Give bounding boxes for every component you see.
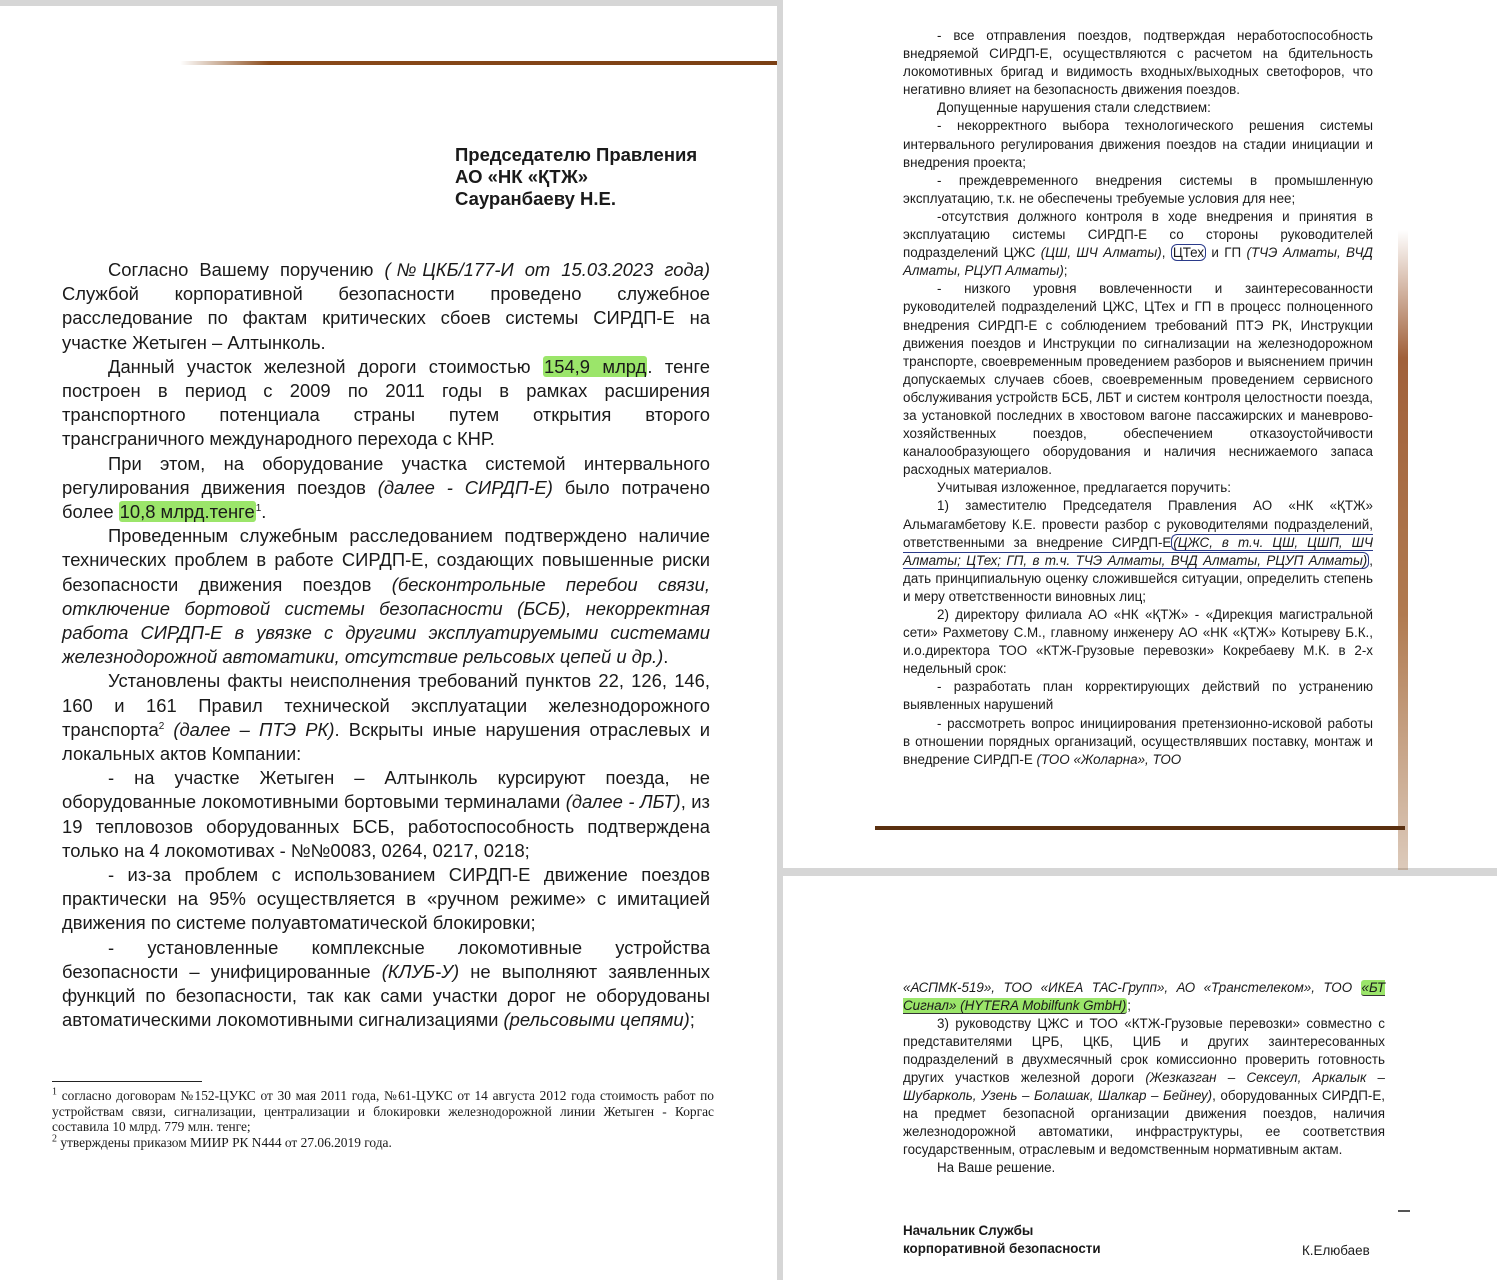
list-item: -отсутствия должного контроля в ходе вне… [903, 208, 1373, 280]
footnote: 1 согласно договорам №152-ЦУКС от 30 мая… [52, 1088, 714, 1135]
scan-edge [1398, 230, 1408, 870]
scan-edge [1398, 1210, 1410, 1212]
addressee-line: АО «НК «ҚТЖ» [455, 166, 755, 188]
paragraph-violations: Установлены факты неисполнения требовани… [62, 669, 710, 766]
paragraph-findings: Проведенным служебным расследованием под… [62, 524, 710, 669]
addressee-line: Председателю Правления [455, 144, 755, 166]
instruction-item: 2) директору филиала АО «НК «ҚТЖ» - «Дир… [903, 606, 1373, 678]
list-item: - рассмотреть вопрос инициирования прете… [903, 715, 1373, 769]
letter-body-final: «АСПМК-519», ТОО «ИКЕА ТАС-Групп», АО «Т… [903, 979, 1385, 1177]
letter-body-continued: - все отправления поездов, подтверждая н… [903, 27, 1373, 769]
highlighted-amount: 10,8 млрд.тенге [119, 501, 256, 522]
list-item-continued: «АСПМК-519», ТОО «ИКЕА ТАС-Групп», АО «Т… [903, 979, 1385, 1015]
instruction-item: 1) заместителю Председателя Правления АО… [903, 497, 1373, 606]
signatory-name: К.Елюбаев [1302, 1243, 1370, 1258]
footnote: 2 утверждены приказом МИИР РК N444 от 27… [52, 1135, 714, 1151]
order-reference: (№ЦКБ/177-И от 15.03.2023 года) [384, 259, 710, 280]
instruction-item: 3) руководству ЦЖС и ТОО «КТЖ-Грузовые п… [903, 1015, 1385, 1159]
addressee-block: Председателю Правления АО «НК «ҚТЖ» Саур… [455, 144, 755, 210]
list-item: - разработать план корректирующих действ… [903, 678, 1373, 714]
scan-edge [180, 61, 777, 65]
list-item: - преждевременного внедрения системы в п… [903, 172, 1373, 208]
addressee-line: Сауранбаеву Н.Е. [455, 188, 755, 210]
signatory-title: Начальник Службы [903, 1222, 1383, 1240]
paragraph-sirdp: При этом, на оборудование участка систем… [62, 452, 710, 525]
list-item: - на участке Жетыген – Алтынколь курсиру… [62, 766, 710, 863]
letter-body: Согласно Вашему поручению (№ЦКБ/177-И от… [62, 258, 710, 1033]
list-item: - установленные комплексные локомотивные… [62, 936, 710, 1033]
closing-line: На Ваше решение. [903, 1159, 1385, 1177]
list-item: - низкого уровня вовлеченности и заинтер… [903, 280, 1373, 479]
paragraph-causes: Допущенные нарушения стали следствием: [903, 99, 1373, 117]
list-item: - некорректного выбора технологического … [903, 117, 1373, 171]
paragraph-intro: Согласно Вашему поручению (№ЦКБ/177-И от… [62, 258, 710, 355]
paragraph-proposal: Учитывая изложенное, предлагается поручи… [903, 479, 1373, 497]
list-item: - все отправления поездов, подтверждая н… [903, 27, 1373, 99]
footnote-divider [52, 1081, 202, 1082]
highlighted-cost: 154,9 млрд [543, 356, 647, 377]
footnotes: 1 согласно договорам №152-ЦУКС от 30 мая… [52, 1088, 714, 1150]
document-page-1: Председателю Правления АО «НК «ҚТЖ» Саур… [0, 6, 777, 1280]
pen-circled-text: ЦТех [1171, 244, 1206, 261]
paragraph-cost: Данный участок железной дороги стоимость… [62, 355, 710, 452]
scan-edge [875, 826, 1405, 830]
list-item: - из-за проблем с использованием СИРДП-Е… [62, 863, 710, 936]
